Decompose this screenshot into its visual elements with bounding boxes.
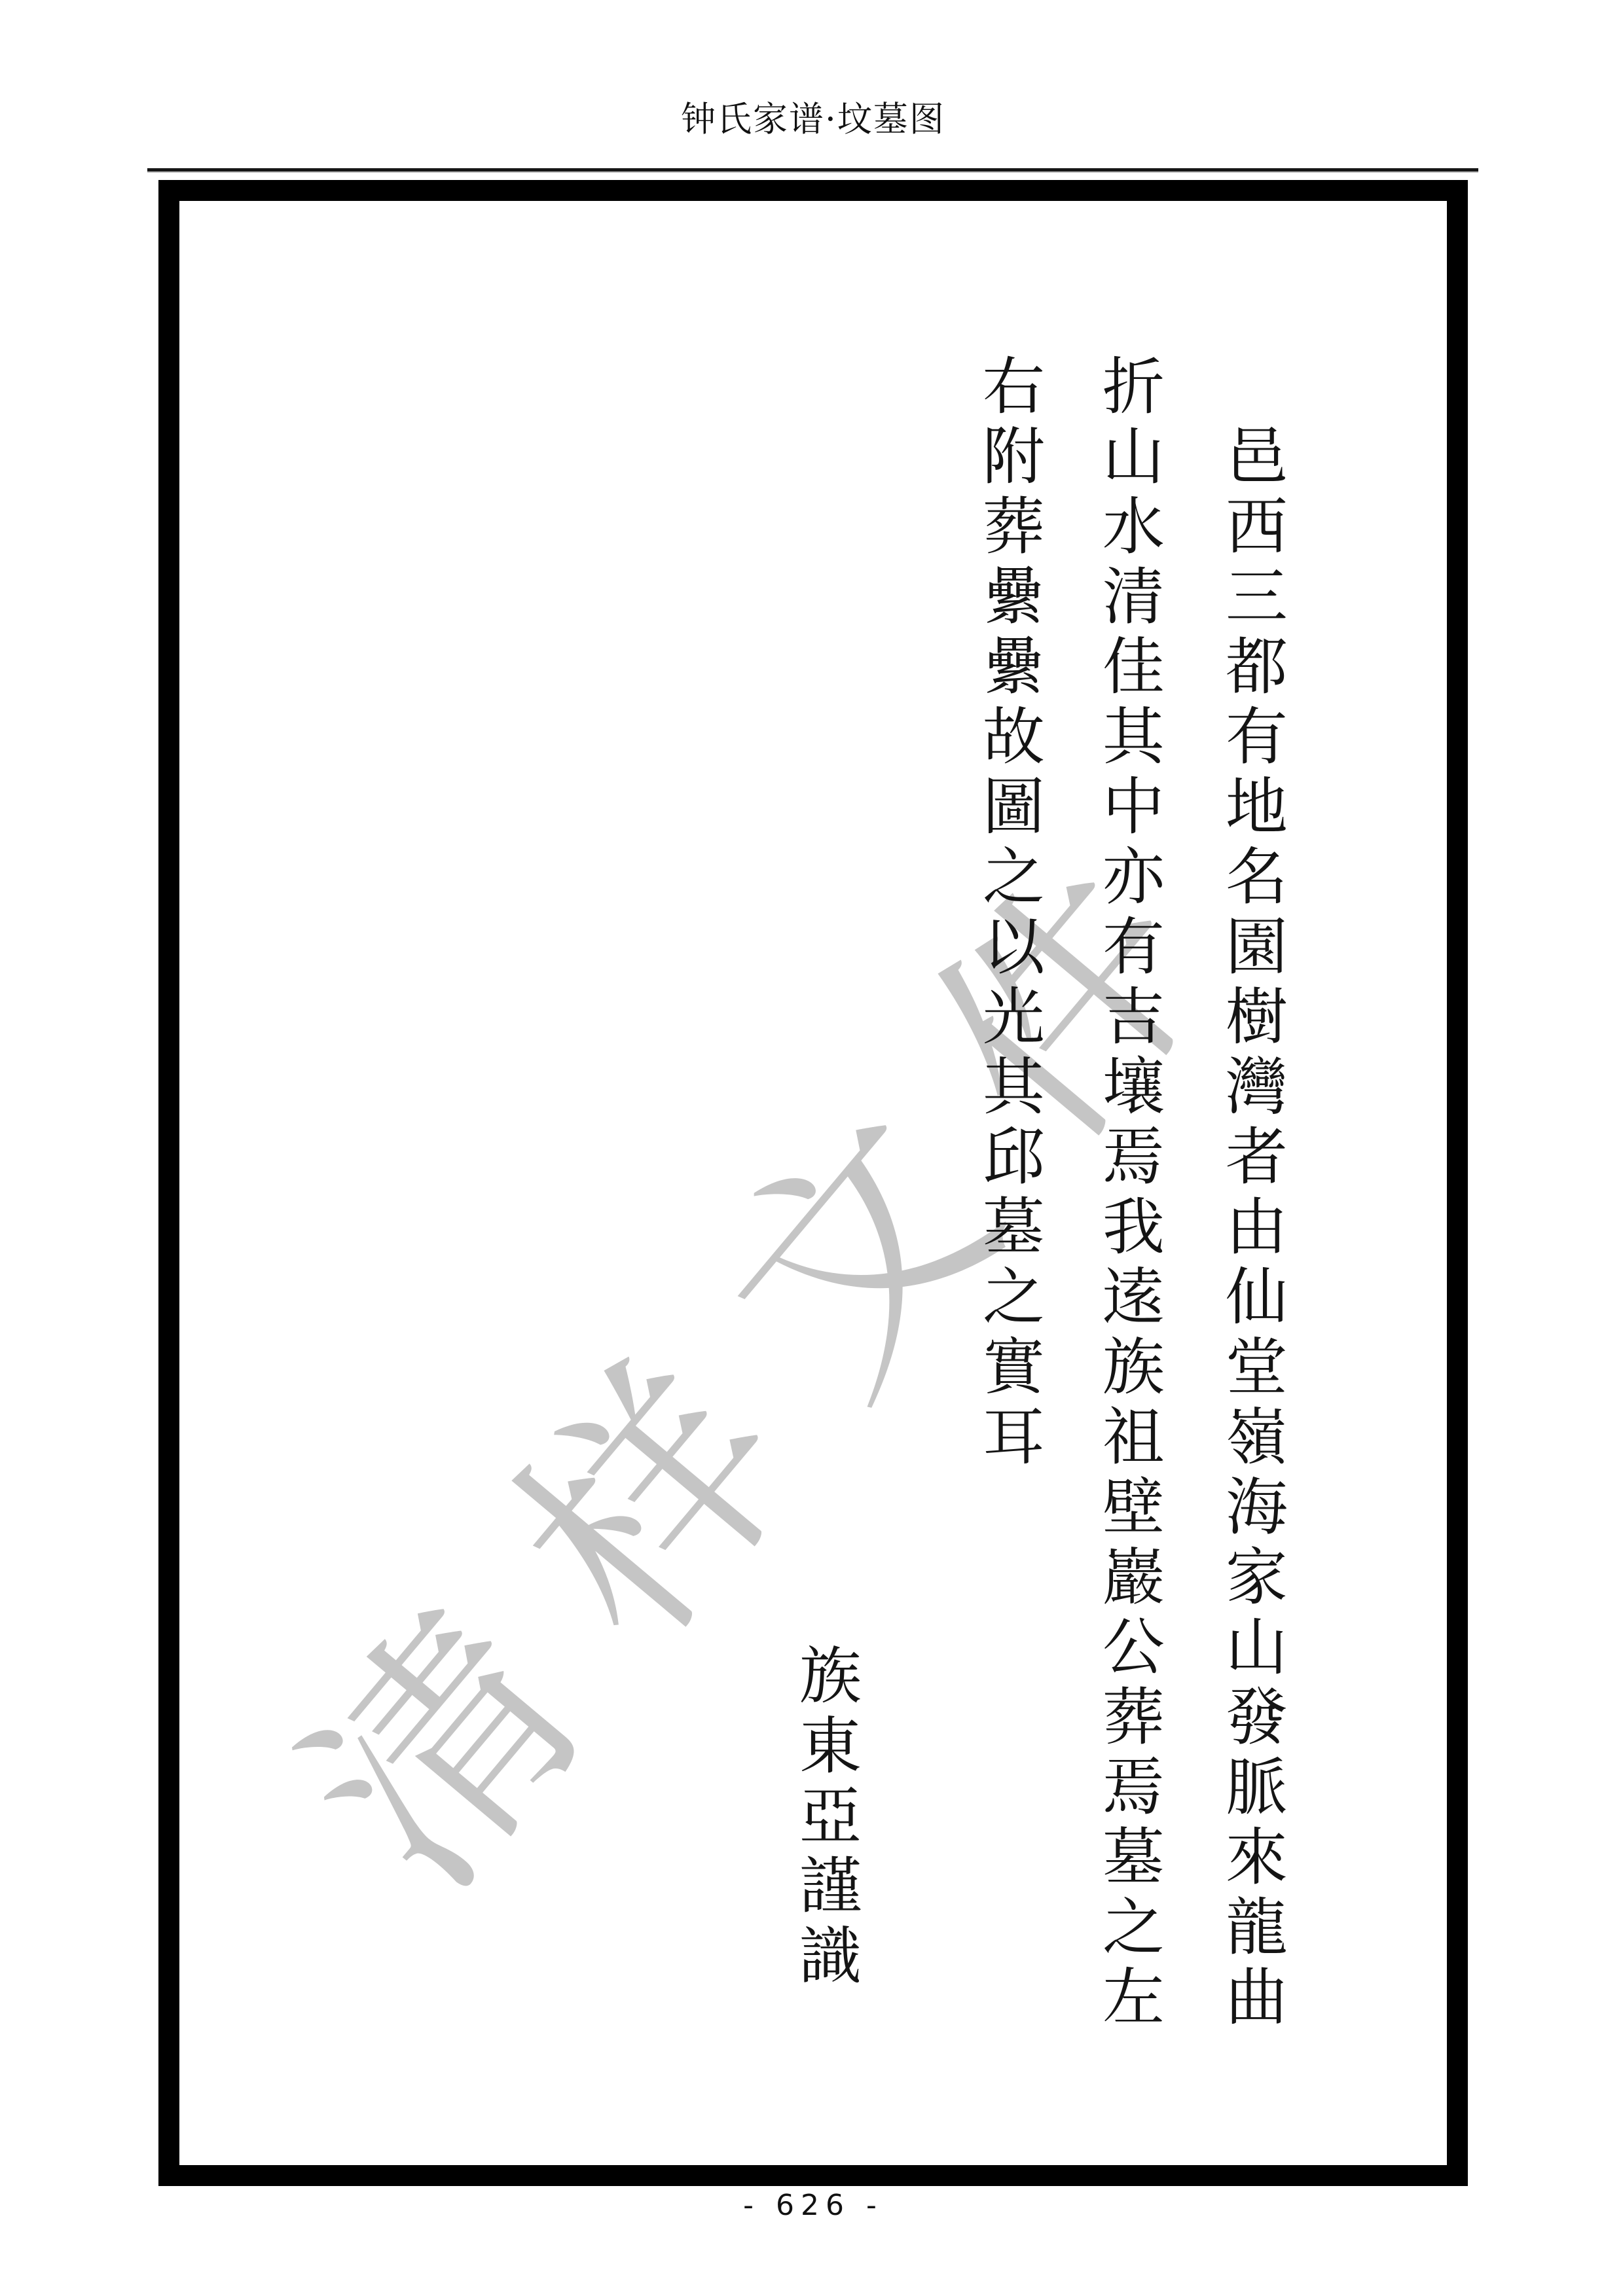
page-title: 钟氏家谱·坟墓图: [158, 92, 1468, 141]
header-divider: [147, 168, 1478, 171]
vertical-text-column-2: 折山水清佳其中亦有吉壤焉我逺族祖壁巖公葬焉墓之左: [1093, 353, 1163, 2034]
scanned-genealogy-page: 钟氏家谱·坟墓图 清样文件 邑西三都有地名園樹灣者由仙堂嶺海家山發脈來龍曲 折山…: [0, 0, 1623, 2296]
vertical-text-column-1: 邑西三都有地名園樹灣者由仙堂嶺海家山發脈來龍曲: [1216, 423, 1286, 2034]
page-number: - 626 -: [158, 2189, 1468, 2222]
vertical-text-column-3: 右附葬纍纍故圖之以光其邱墓之實耳: [974, 353, 1043, 1474]
signature-column: 族東亞謹識: [790, 1643, 860, 1993]
